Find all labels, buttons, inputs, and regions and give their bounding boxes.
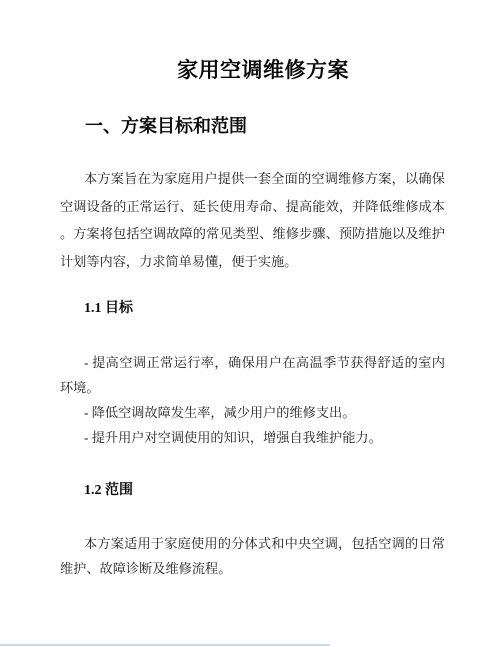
subsection-heading-scope: 1.2 范围: [60, 481, 445, 501]
paragraph-line: 本方案旨在为家庭用户提供一套全面的空调维修方案，以确保: [60, 165, 445, 193]
list-item-line: - 提升用户对空调使用的知识，增强自我维护能力。: [60, 425, 445, 450]
scope-paragraph: 本方案适用于家庭使用的分体式和中央空调，包括空调的日常 维护、故障诊断及维修流程…: [60, 531, 445, 581]
document-title: 家用空调维修方案: [0, 58, 500, 84]
paragraph-line: 。方案将包括空调故障的常见类型、维修步骤、预防措施以及维护: [60, 220, 445, 248]
paragraph-line: 维护、故障诊断及维修流程。: [60, 556, 445, 581]
section-heading-goals-and-scope: 一、方案目标和范围: [60, 114, 445, 138]
goals-list: - 提高空调正常运行率，确保用户在高温季节获得舒适的室内 环境。 - 降低空调故…: [60, 350, 445, 450]
list-item-line: - 提高空调正常运行率，确保用户在高温季节获得舒适的室内: [60, 350, 445, 375]
document-page: 家用空调维修方案 一、方案目标和范围 本方案旨在为家庭用户提供一套全面的空调维修…: [0, 0, 500, 647]
subsection-heading-goals: 1.1 目标: [60, 299, 445, 319]
list-item-line: - 降低空调故障发生率，减少用户的维修支出。: [60, 400, 445, 425]
bottom-accent-line: [0, 644, 330, 646]
paragraph-line: 计划等内容，力求简单易懂，便于实施。: [60, 248, 445, 276]
intro-paragraph: 本方案旨在为家庭用户提供一套全面的空调维修方案，以确保 空调设备的正常运行、延长…: [60, 165, 445, 275]
paragraph-line: 本方案适用于家庭使用的分体式和中央空调，包括空调的日常: [60, 531, 445, 556]
list-item-line: 环境。: [60, 375, 445, 400]
paragraph-line: 空调设备的正常运行、延长使用寿命、提高能效，并降低维修成本: [60, 193, 445, 221]
